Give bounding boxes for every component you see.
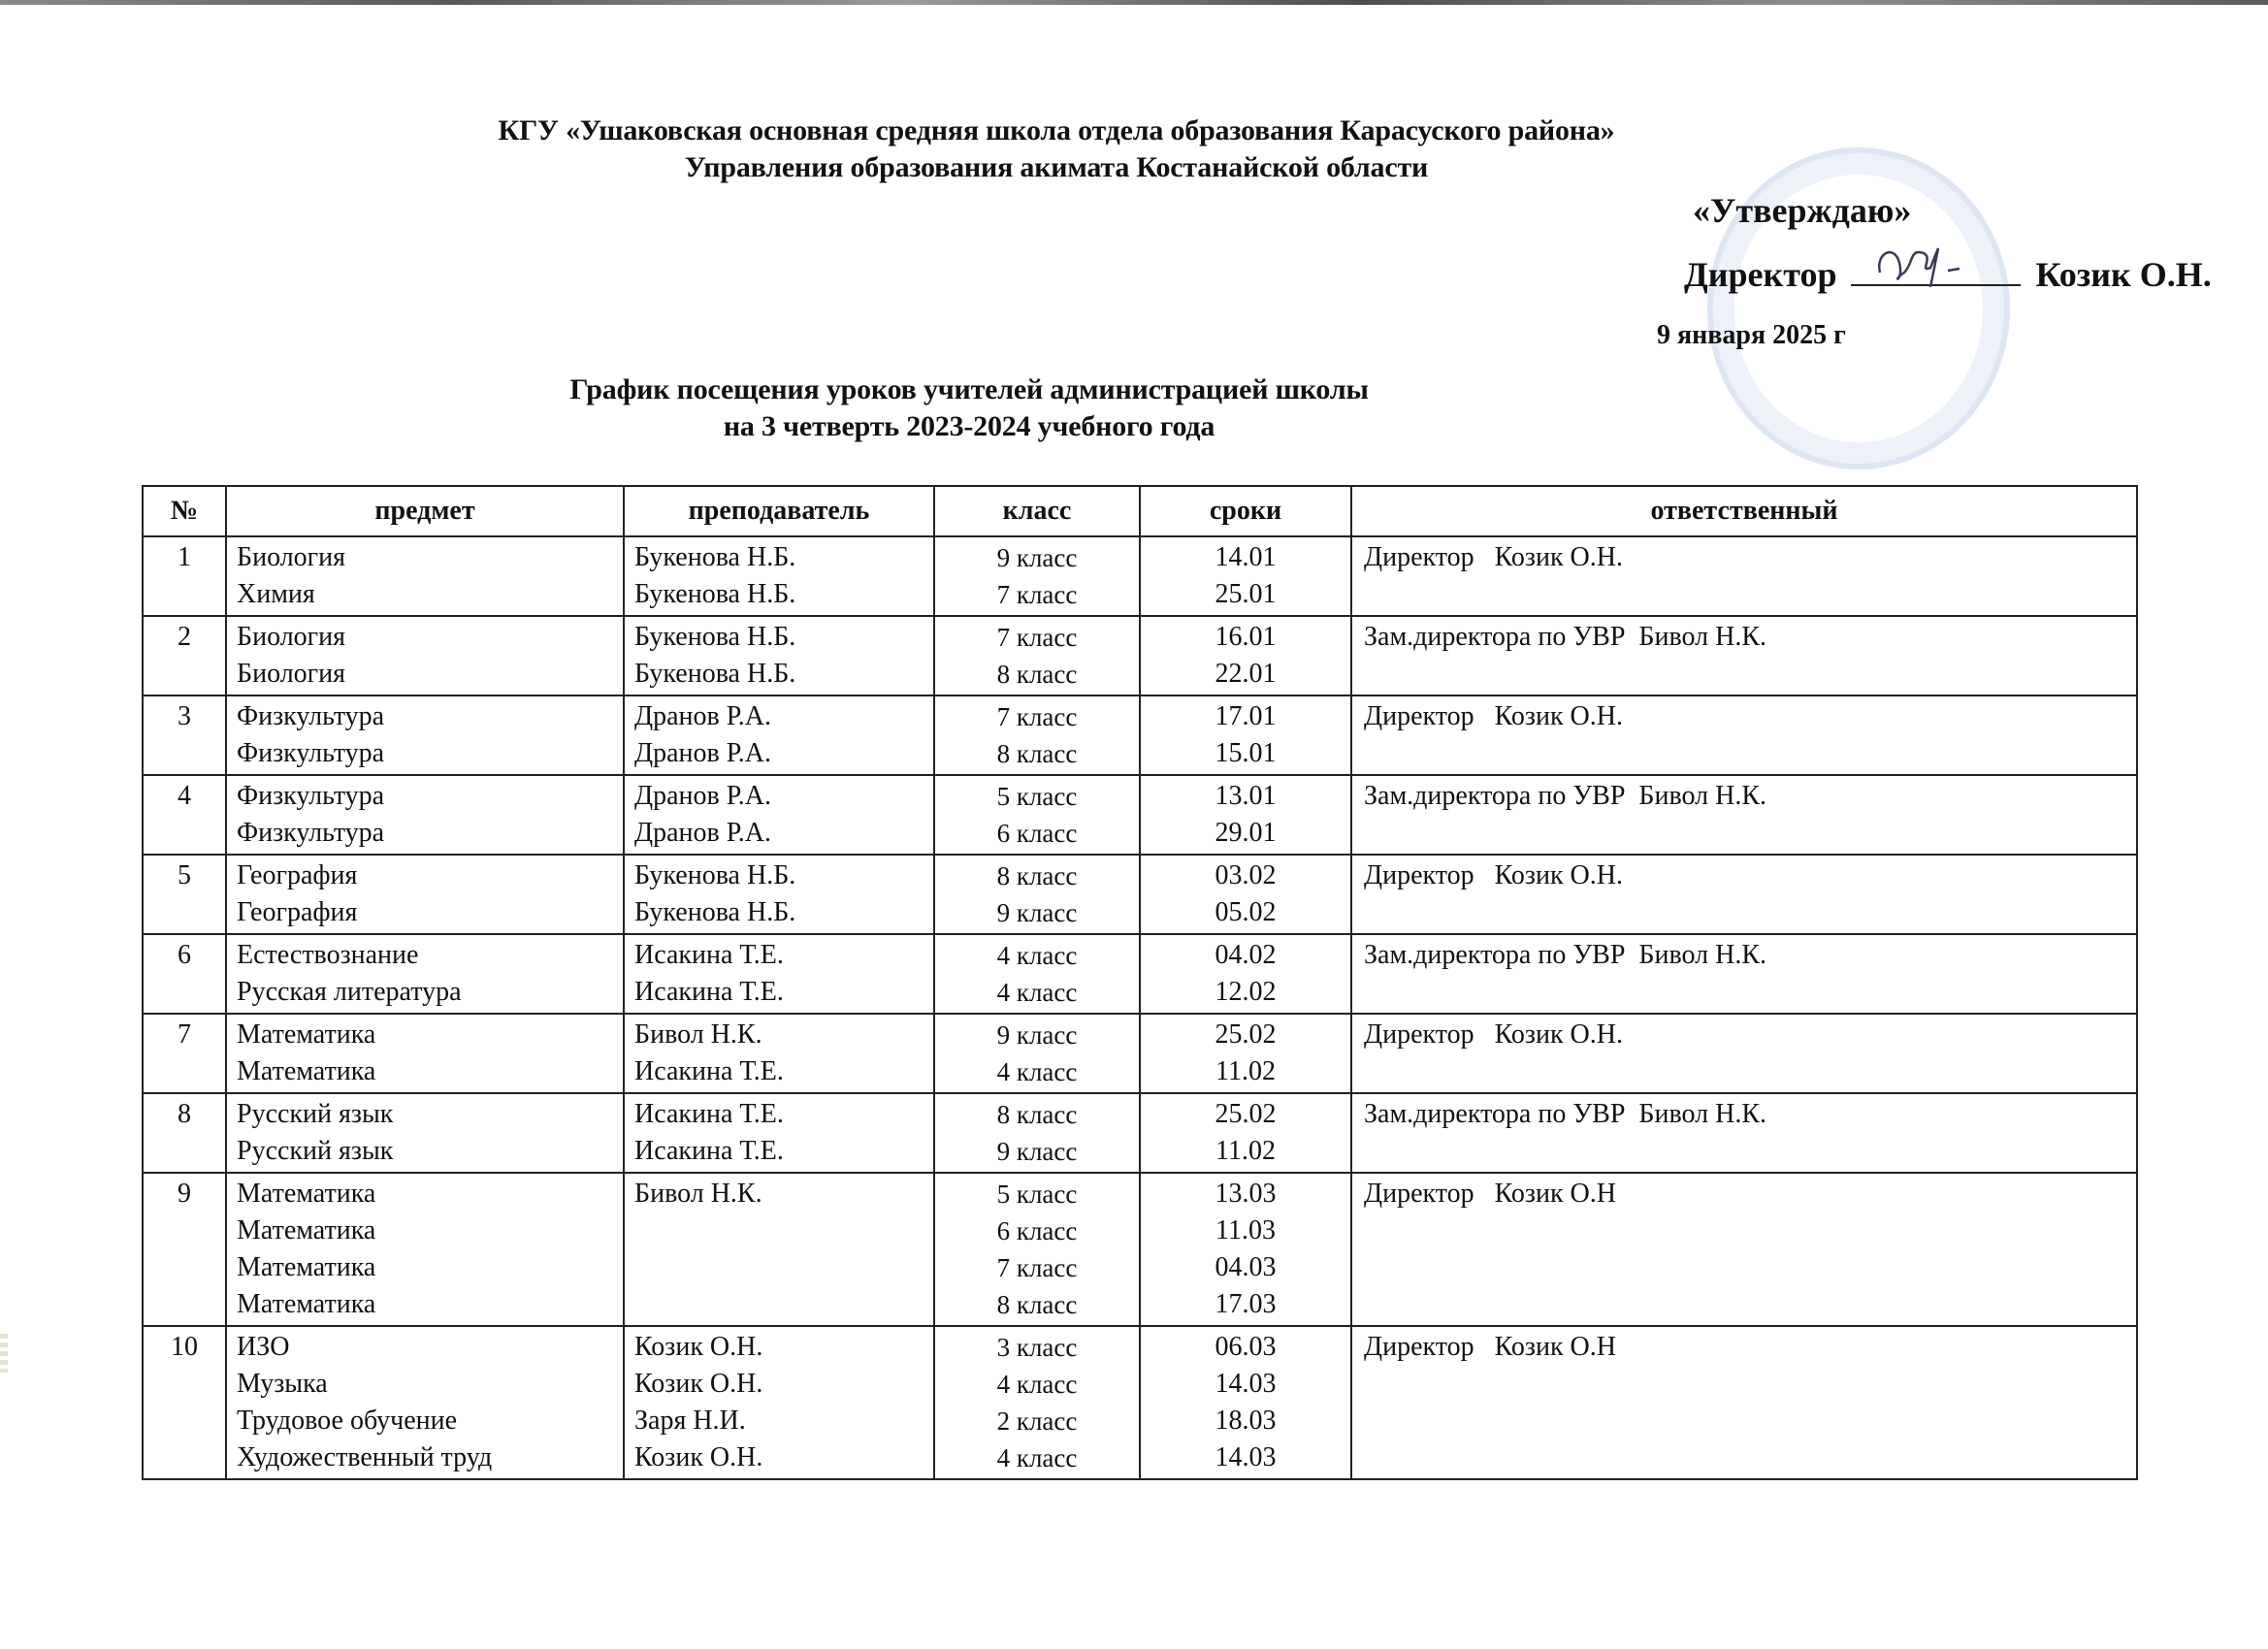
- grade-cell-line: 8 класс: [935, 1286, 1139, 1323]
- document-subtitle: на 3 четверть 2023-2024 учебного года: [0, 410, 2103, 443]
- subject-cell-line: Математика: [237, 1286, 623, 1323]
- subject-cell: ГеографияГеография: [226, 855, 624, 934]
- column-header-responsible: ответственный: [1351, 486, 2137, 536]
- subject-cell-line: Физкультура: [237, 698, 623, 735]
- subject-cell-line: География: [237, 894, 623, 931]
- subject-cell-line: Музыка: [237, 1366, 623, 1403]
- date-cell-line: 14.03: [1141, 1439, 1350, 1476]
- date-cell-line: 06.03: [1141, 1329, 1350, 1366]
- grade-cell: 8 класс9 класс: [934, 855, 1140, 934]
- responsible-cell: Зам.директора по УВР Бивол Н.К.: [1351, 616, 2137, 695]
- subject-cell-line: Химия: [237, 576, 623, 613]
- date-cell-line: 17.01: [1141, 698, 1350, 735]
- grade-cell: 9 класс4 класс: [934, 1014, 1140, 1093]
- scan-artifact: [0, 1334, 8, 1373]
- subject-cell: ФизкультураФизкультура: [226, 695, 624, 775]
- subject-cell-line: Математика: [237, 1017, 623, 1053]
- subject-cell-line: Математика: [237, 1212, 623, 1249]
- date-cell-line: 25.02: [1141, 1017, 1350, 1053]
- subject-cell-line: Математика: [237, 1053, 623, 1090]
- table-row: 10ИЗОМузыкаТрудовое обучениеХудожественн…: [143, 1326, 2137, 1479]
- date-cell: 06.0314.0318.0314.03: [1140, 1326, 1351, 1479]
- grade-cell-line: 9 класс: [935, 1017, 1139, 1053]
- grade-cell-line: 8 класс: [935, 857, 1139, 894]
- teacher-cell-line: Бивол Н.К.: [634, 1176, 933, 1212]
- subject-cell: Русский языкРусский язык: [226, 1093, 624, 1173]
- teacher-cell-line: Букенова Н.Б.: [634, 576, 933, 613]
- grade-cell-line: 7 класс: [935, 576, 1139, 613]
- subject-cell-line: Русский язык: [237, 1096, 623, 1133]
- subject-cell-line: Математика: [237, 1249, 623, 1286]
- grade-cell: 7 класс8 класс: [934, 616, 1140, 695]
- table-header-row: № предмет преподаватель класс сроки отве…: [143, 486, 2137, 536]
- column-header-grade: класс: [934, 486, 1140, 536]
- table-row: 8Русский языкРусский языкИсакина Т.Е.Иса…: [143, 1093, 2137, 1173]
- table-row: 5ГеографияГеографияБукенова Н.Б.Букенова…: [143, 855, 2137, 934]
- date-cell-line: 17.03: [1141, 1286, 1350, 1323]
- date-cell-line: 15.01: [1141, 735, 1350, 772]
- subject-cell-line: Физкультура: [237, 735, 623, 772]
- grade-cell-line: 7 класс: [935, 619, 1139, 656]
- date-cell: 13.0129.01: [1140, 775, 1351, 855]
- director-signature-line: Директор Козик О.Н.: [1684, 254, 2212, 295]
- date-cell: 25.0211.02: [1140, 1093, 1351, 1173]
- row-number: 4: [143, 775, 226, 855]
- column-header-teacher: преподаватель: [624, 486, 934, 536]
- grade-cell-line: 4 класс: [935, 937, 1139, 974]
- date-cell: 25.0211.02: [1140, 1014, 1351, 1093]
- teacher-cell-line: Козик О.Н.: [634, 1439, 933, 1476]
- subject-cell-line: Художественный труд: [237, 1439, 623, 1476]
- teacher-cell: Исакина Т.Е.Исакина Т.Е.: [624, 934, 934, 1014]
- row-number: 3: [143, 695, 226, 775]
- table-row: 1БиологияХимияБукенова Н.Б.Букенова Н.Б.…: [143, 536, 2137, 616]
- teacher-cell: Букенова Н.Б.Букенова Н.Б.: [624, 855, 934, 934]
- date-cell-line: 22.01: [1141, 656, 1350, 693]
- teacher-cell-line: Дранов Р.А.: [634, 698, 933, 735]
- teacher-cell-line: Козик О.Н.: [634, 1366, 933, 1403]
- date-cell-line: 25.02: [1141, 1096, 1350, 1133]
- teacher-cell: Исакина Т.Е.Исакина Т.Е.: [624, 1093, 934, 1173]
- date-cell: 16.0122.01: [1140, 616, 1351, 695]
- row-number: 7: [143, 1014, 226, 1093]
- grade-cell-line: 3 класс: [935, 1329, 1139, 1366]
- responsible-cell: Директор Козик О.Н: [1351, 1173, 2137, 1326]
- teacher-cell-line: Козик О.Н.: [634, 1329, 933, 1366]
- grade-cell: 4 класс4 класс: [934, 934, 1140, 1014]
- date-cell-line: 12.02: [1141, 974, 1350, 1011]
- subject-cell-line: Биология: [237, 619, 623, 656]
- date-cell: 04.0212.02: [1140, 934, 1351, 1014]
- teacher-cell-line: Букенова Н.Б.: [634, 619, 933, 656]
- organization-subtitle: Управления образования акимата Костанайс…: [0, 151, 2190, 184]
- date-cell-line: 11.03: [1141, 1212, 1350, 1249]
- grade-cell-line: 5 класс: [935, 778, 1139, 815]
- subject-cell-line: География: [237, 857, 623, 894]
- table-row: 4ФизкультураФизкультураДранов Р.А.Дранов…: [143, 775, 2137, 855]
- teacher-cell-line: Букенова Н.Б.: [634, 656, 933, 693]
- teacher-cell-line: Дранов Р.А.: [634, 735, 933, 772]
- subject-cell-line: Естествознание: [237, 937, 623, 974]
- teacher-cell: Дранов Р.А.Дранов Р.А.: [624, 775, 934, 855]
- date-cell-line: 04.03: [1141, 1249, 1350, 1286]
- date-cell-line: 14.01: [1141, 539, 1350, 576]
- date-cell-line: 11.02: [1141, 1133, 1350, 1170]
- row-number: 6: [143, 934, 226, 1014]
- teacher-cell-line: Букенова Н.Б.: [634, 539, 933, 576]
- teacher-cell-line: Исакина Т.Е.: [634, 937, 933, 974]
- grade-cell-line: 4 класс: [935, 1053, 1139, 1090]
- subject-cell: ФизкультураФизкультура: [226, 775, 624, 855]
- responsible-cell: Директор Козик О.Н.: [1351, 1014, 2137, 1093]
- date-cell-line: 13.01: [1141, 778, 1350, 815]
- row-number: 1: [143, 536, 226, 616]
- grade-cell-line: 9 класс: [935, 1133, 1139, 1170]
- subject-cell-line: Русский язык: [237, 1133, 623, 1170]
- responsible-cell: Зам.директора по УВР Бивол Н.К.: [1351, 1093, 2137, 1173]
- date-cell-line: 13.03: [1141, 1176, 1350, 1212]
- column-header-subject: предмет: [226, 486, 624, 536]
- table-row: 9МатематикаМатематикаМатематикаМатематик…: [143, 1173, 2137, 1326]
- teacher-cell-line: Исакина Т.Е.: [634, 1096, 933, 1133]
- teacher-cell-line: Дранов Р.А.: [634, 815, 933, 852]
- responsible-cell: Зам.директора по УВР Бивол Н.К.: [1351, 775, 2137, 855]
- director-name: Козик О.Н.: [2035, 255, 2211, 294]
- responsible-cell: Зам.директора по УВР Бивол Н.К.: [1351, 934, 2137, 1014]
- subject-cell-line: Трудовое обучение: [237, 1403, 623, 1439]
- teacher-cell-line: Букенова Н.Б.: [634, 894, 933, 931]
- teacher-cell-line: Букенова Н.Б.: [634, 857, 933, 894]
- subject-cell-line: ИЗО: [237, 1329, 623, 1366]
- date-cell: 17.0115.01: [1140, 695, 1351, 775]
- teacher-cell-line: Исакина Т.Е.: [634, 1133, 933, 1170]
- grade-cell: 5 класс6 класс7 класс8 класс: [934, 1173, 1140, 1326]
- grade-cell: 5 класс6 класс: [934, 775, 1140, 855]
- responsible-cell: Директор Козик О.Н.: [1351, 695, 2137, 775]
- responsible-cell: Директор Козик О.Н.: [1351, 855, 2137, 934]
- teacher-cell-line: Исакина Т.Е.: [634, 1053, 933, 1090]
- subject-cell-line: Русская литература: [237, 974, 623, 1011]
- subject-cell: ЕстествознаниеРусская литература: [226, 934, 624, 1014]
- grade-cell: 7 класс8 класс: [934, 695, 1140, 775]
- subject-cell: МатематикаМатематика: [226, 1014, 624, 1093]
- grade-cell-line: 4 класс: [935, 974, 1139, 1011]
- date-cell: 03.0205.02: [1140, 855, 1351, 934]
- row-number: 10: [143, 1326, 226, 1479]
- date-cell-line: 25.01: [1141, 576, 1350, 613]
- subject-cell: МатематикаМатематикаМатематикаМатематика: [226, 1173, 624, 1326]
- subject-cell-line: Математика: [237, 1176, 623, 1212]
- subject-cell: БиологияХимия: [226, 536, 624, 616]
- grade-cell-line: 5 класс: [935, 1176, 1139, 1212]
- grade-cell-line: 6 класс: [935, 815, 1139, 852]
- row-number: 9: [143, 1173, 226, 1326]
- document-title: График посещения уроков учителей админис…: [0, 373, 2103, 406]
- grade-cell: 9 класс7 класс: [934, 536, 1140, 616]
- row-number: 8: [143, 1093, 226, 1173]
- table-row: 7МатематикаМатематикаБивол Н.К.Исакина Т…: [143, 1014, 2137, 1093]
- date-cell-line: 04.02: [1141, 937, 1350, 974]
- handwritten-signature-icon: [1851, 255, 2021, 286]
- date-cell-line: 05.02: [1141, 894, 1350, 931]
- grade-cell-line: 8 класс: [935, 1096, 1139, 1133]
- date-cell-line: 03.02: [1141, 857, 1350, 894]
- row-number: 2: [143, 616, 226, 695]
- grade-cell-line: 4 класс: [935, 1439, 1139, 1476]
- teacher-cell-line: Заря Н.И.: [634, 1403, 933, 1439]
- table-body: 1БиологияХимияБукенова Н.Б.Букенова Н.Б.…: [143, 536, 2137, 1479]
- grade-cell: 8 класс9 класс: [934, 1093, 1140, 1173]
- subject-cell-line: Физкультура: [237, 815, 623, 852]
- date-cell: 14.0125.01: [1140, 536, 1351, 616]
- approval-title: «Утверждаю»: [1693, 190, 1911, 231]
- date-cell-line: 11.02: [1141, 1053, 1350, 1090]
- organization-name: КГУ «Ушаковская основная средняя школа о…: [0, 114, 2190, 147]
- teacher-cell: Букенова Н.Б.Букенова Н.Б.: [624, 616, 934, 695]
- date-cell-line: 14.03: [1141, 1366, 1350, 1403]
- responsible-cell: Директор Козик О.Н.: [1351, 536, 2137, 616]
- grade-cell-line: 2 класс: [935, 1403, 1139, 1439]
- director-position: Директор: [1684, 255, 1836, 294]
- teacher-cell-line: Бивол Н.К.: [634, 1017, 933, 1053]
- grade-cell-line: 9 класс: [935, 894, 1139, 931]
- column-header-number: №: [143, 486, 226, 536]
- grade-cell-line: 6 класс: [935, 1212, 1139, 1249]
- column-header-dates: сроки: [1140, 486, 1351, 536]
- table-row: 3ФизкультураФизкультураДранов Р.А.Дранов…: [143, 695, 2137, 775]
- subject-cell: ИЗОМузыкаТрудовое обучениеХудожественный…: [226, 1326, 624, 1479]
- grade-cell-line: 8 класс: [935, 735, 1139, 772]
- date-cell-line: 16.01: [1141, 619, 1350, 656]
- subject-cell-line: Физкультура: [237, 778, 623, 815]
- teacher-cell: Козик О.Н.Козик О.Н.Заря Н.И.Козик О.Н.: [624, 1326, 934, 1479]
- grade-cell-line: 7 класс: [935, 1249, 1139, 1286]
- table-row: 6ЕстествознаниеРусская литератураИсакина…: [143, 934, 2137, 1014]
- date-cell-line: 18.03: [1141, 1403, 1350, 1439]
- teacher-cell-line: Исакина Т.Е.: [634, 974, 933, 1011]
- teacher-cell: Бивол Н.К.: [624, 1173, 934, 1326]
- grade-cell-line: 4 класс: [935, 1366, 1139, 1403]
- approval-date: 9 января 2025 г: [1657, 320, 1846, 351]
- grade-cell-line: 8 класс: [935, 656, 1139, 693]
- teacher-cell-line: Дранов Р.А.: [634, 778, 933, 815]
- table-row: 2БиологияБиологияБукенова Н.Б.Букенова Н…: [143, 616, 2137, 695]
- grade-cell-line: 9 класс: [935, 539, 1139, 576]
- date-cell-line: 29.01: [1141, 815, 1350, 852]
- date-cell: 13.0311.0304.0317.03: [1140, 1173, 1351, 1326]
- grade-cell: 3 класс4 класс2 класс4 класс: [934, 1326, 1140, 1479]
- teacher-cell: Букенова Н.Б.Букенова Н.Б.: [624, 536, 934, 616]
- teacher-cell: Бивол Н.К.Исакина Т.Е.: [624, 1014, 934, 1093]
- responsible-cell: Директор Козик О.Н: [1351, 1326, 2137, 1479]
- subject-cell: БиологияБиология: [226, 616, 624, 695]
- row-number: 5: [143, 855, 226, 934]
- subject-cell-line: Биология: [237, 539, 623, 576]
- grade-cell-line: 7 класс: [935, 698, 1139, 735]
- teacher-cell: Дранов Р.А.Дранов Р.А.: [624, 695, 934, 775]
- visit-schedule-table: № предмет преподаватель класс сроки отве…: [142, 485, 2138, 1480]
- subject-cell-line: Биология: [237, 656, 623, 693]
- scan-edge: [0, 0, 2268, 5]
